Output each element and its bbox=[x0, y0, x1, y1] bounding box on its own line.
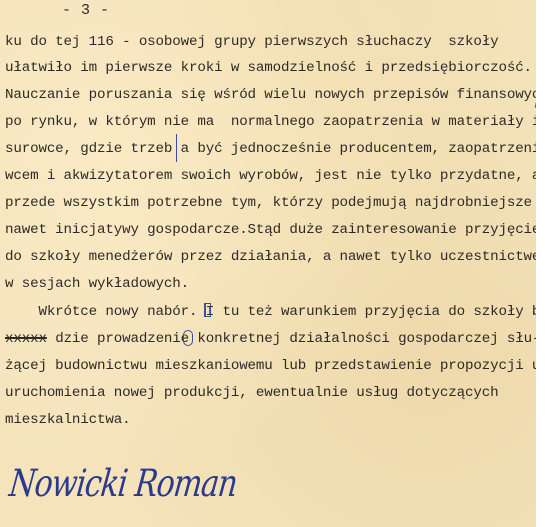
text-line: nawet inicjatywy gospodarcze.Stąd duże z… bbox=[5, 221, 536, 239]
text-line: Nauczanie poruszania się wśród wielu now… bbox=[5, 86, 536, 104]
struck-out-text: xxxxx bbox=[5, 331, 47, 347]
text-line: xxxxx dzie prowadzenie konkretnej działa… bbox=[5, 330, 536, 348]
text-line: w sesjach wykładowych. bbox=[5, 275, 189, 293]
text-line: surowce, gdzie trzeb a być jednocześnie … bbox=[5, 140, 536, 158]
text-line: Wkrótce nowy nabór. I tu też warunkiem p… bbox=[5, 303, 536, 321]
pen-insertion-mark bbox=[204, 303, 211, 317]
text-line: po rynku, w którym nie ma normalnego zao… bbox=[5, 113, 536, 131]
document-page: - 3 - ku do tej 116 - osobowej grupy pie… bbox=[0, 0, 536, 527]
text-line-rest: dzie prowadzenie konkretnej działalności… bbox=[55, 331, 536, 347]
text-line: ułatwiło im pierwsze kroki w samodzielno… bbox=[5, 59, 532, 77]
page-number: - 3 - bbox=[62, 2, 110, 19]
text-line: mieszkalnictwa. bbox=[5, 411, 130, 429]
text-line: do szkoły menedżerów przez działania, a … bbox=[5, 248, 536, 266]
text-line: żącej budownictwu mieszkaniowemu lub prz… bbox=[5, 357, 536, 375]
pen-correction-mark bbox=[176, 134, 177, 162]
text-line: uruchomienia nowej produkcji, ewentualni… bbox=[5, 384, 498, 402]
text-line: wcem i akwizytatorem swoich wyrobów, jes… bbox=[5, 167, 536, 185]
signature: Nowicki Roman bbox=[7, 462, 239, 506]
pen-loop-mark bbox=[183, 330, 193, 346]
text-line: ku do tej 116 - osobowej grupy pierwszyc… bbox=[5, 33, 498, 51]
text-line: przede wszystkim potrzebne tym, którzy p… bbox=[5, 194, 532, 212]
